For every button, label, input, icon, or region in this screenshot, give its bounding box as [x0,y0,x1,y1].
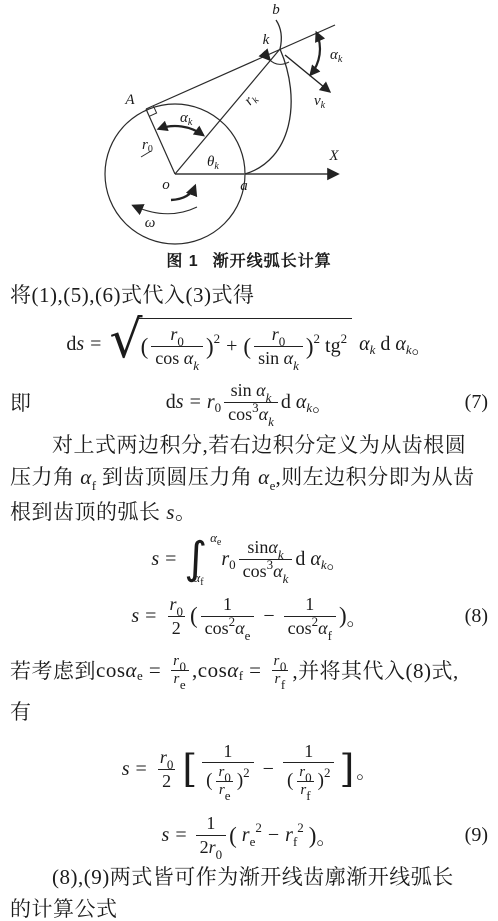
equation-bracket: s= r0 2 [ 1 (r0re)2 − 1 (r0rf)2 ] 。 [54,740,444,800]
fn-sin: sin [247,537,268,557]
equation-integral-row: s= ∫ αe αf r0 sinαk cos3αk dαk 。 [10,532,488,586]
var-r: r [173,653,179,669]
equation-number-7: (7) [444,391,488,414]
op-equals: = [165,548,176,571]
op-d: d [281,391,291,414]
var-r: r [207,391,215,414]
fn-cos: cos [96,658,126,683]
sub-0: 0 [167,757,174,772]
sub-0: 0 [176,604,183,619]
sub-k: k [283,571,289,586]
label-X: X [328,148,339,164]
fraction: sin αk cos3αk [224,379,278,425]
op-equals: = [249,658,261,683]
radicand: ( r0 cos αk )2 + ( r0 sin αk )2 tg2 [138,318,353,369]
sub-e: e [180,677,186,692]
op-minus: − [263,605,274,628]
fn-sin: sin [258,348,279,368]
fraction: r0 2 [165,593,187,639]
var-alpha: α [296,391,307,414]
var-alpha: α [258,465,270,489]
fn-tg: tg [325,335,341,358]
var-alpha: α [310,548,321,571]
paren: ( [243,334,251,360]
sub-0: 0 [229,557,236,573]
bracket: ] [339,750,354,788]
sub-e: e [137,668,143,684]
equation-7-row: 即 ds= r0 sin αk cos3αk dαk 。 (7) [10,379,488,425]
sub-f: f [281,677,285,692]
sub-k: k [406,342,412,358]
angle-mark-at-k [269,59,289,64]
fraction: 1 (r0re)2 [202,740,254,800]
sup-2: 2 [243,765,250,780]
period: 。 [412,330,432,359]
fn-cos: cos [228,404,252,424]
equation-bracket-row: s= r0 2 [ 1 (r0re)2 − 1 (r0rf)2 ] 。 [10,730,488,808]
sup-2: 2 [314,331,321,347]
radius-oA [146,109,175,174]
paragraph-4-line-1: (8),(9)两式皆可作为渐开线齿廓渐开线弧长 [10,861,488,893]
var-r: r [221,548,229,571]
involute-curve [245,49,291,174]
fn-cos: cos [243,561,267,581]
figure-caption: 图 1渐开线弧长计算 [10,248,488,271]
paragraph-2-line-1: 对上式两边积分,若右边积分定义为从齿根圆 [10,429,488,461]
fraction: r0 sin αk [254,323,303,369]
sub-f: f [306,788,310,803]
num-1: 1 [304,741,313,761]
involute-diagram: b k A X o a ω rk αk vk αk θk r0 [0,0,498,246]
sub-e: e [270,478,276,493]
num-2: 2 [172,618,181,638]
figure-title: 渐开线弧长计算 [213,253,332,270]
sub-e: e [250,834,256,850]
var-s: s [166,500,175,524]
op-minus: − [268,824,279,847]
lead-word-ji: 即 [10,387,54,417]
var-alpha: α [256,380,265,400]
sub-k: k [268,414,274,429]
sub-0: 0 [216,847,223,862]
fraction: r0 2 [156,746,178,792]
sub-f: f [239,668,243,684]
op-plus: + [226,335,237,358]
num-2: 2 [162,771,171,791]
label-A: A [124,92,135,108]
paren: ) [206,334,214,360]
op-minus: − [263,758,274,781]
fraction: 1 cos2αe [201,593,255,639]
sub-0: 0 [224,770,231,785]
fn-cos: cos [155,348,179,368]
op-d: d [66,333,76,356]
label-r-k: rk [241,90,262,110]
fn-cos: cos [288,618,312,638]
equation-number-8: (8) [444,605,488,628]
var-alpha: α [359,333,370,356]
sub-f: f [92,478,96,493]
var-alpha: α [80,465,92,489]
sub-0: 0 [280,659,287,674]
label-theta-k: θk [207,154,219,172]
fraction: 1 2r0 [196,812,227,858]
op-equals: = [175,824,186,847]
op-equals: = [145,605,156,628]
fraction: r0re [215,764,233,798]
period: 。 [316,821,336,850]
var-r: r [242,824,250,847]
sub-e: e [225,788,231,803]
var-s: s [131,605,139,628]
sub-f: f [328,628,332,643]
op-equals: = [90,333,101,356]
sup-2: 2 [214,331,221,347]
num-2: 2 [200,837,209,857]
var-s: s [76,333,84,356]
lower-limit: αf [193,570,203,586]
label-v-k: vk [314,93,326,111]
fraction: sinαk cos3αk [239,536,293,582]
sub-0: 0 [215,400,222,416]
var-s: s [122,758,130,781]
num-1: 1 [305,594,314,614]
paren: ) [339,603,347,629]
label-b: b [272,2,280,18]
period: 。 [347,602,367,631]
var-s: s [151,548,159,571]
fraction: 1 (r0rf)2 [283,740,335,800]
paragraph-2-line-2: 压力角 αf 到齿顶圆压力角 αe,则左边积分即为从齿 [10,461,488,496]
radius-ok [175,49,280,174]
label-o: o [162,177,170,193]
sub-k: k [278,547,284,562]
var-alpha: α [273,561,282,581]
paren: ( [287,770,293,791]
op-equals: = [190,391,201,414]
op-equals: = [136,758,147,781]
var-alpha: α [126,658,138,683]
sub-k: k [293,358,299,373]
op-d: d [295,548,305,571]
fraction: r0 rf [270,653,289,687]
sub-e: e [245,628,251,643]
theta-k-arrow [171,186,195,200]
sub-0: 0 [180,659,187,674]
paragraph-1: 将(1),(5),(6)式代入(3)式得 [10,279,488,311]
var-alpha: α [184,348,193,368]
paren: ( [229,823,237,849]
sup-2: 2 [229,614,236,629]
paren: ( [206,770,212,791]
op-d: d [166,391,176,414]
fn-cos: cos [205,618,229,638]
alpha-k-top-arc [311,33,320,75]
sup-2: 2 [312,614,319,629]
label-omega: ω [145,215,156,231]
period: 。 [327,545,347,574]
label-alpha-k-top: αk [330,47,343,65]
paren: ) [309,823,317,849]
sub-f: f [293,834,297,850]
sub-0: 0 [305,770,312,785]
var-r: r [273,653,279,669]
equation-8: s= r0 2 ( 1 cos2αe − 1 cos2αf ) 。 [54,593,444,639]
paren: ) [318,770,324,791]
sup-3: 3 [252,400,259,415]
sup-3: 3 [267,557,274,572]
equation-number-9: (9) [444,824,488,847]
velocity-vector [285,55,330,92]
period: 。 [356,755,376,784]
sub-0: 0 [177,334,184,349]
label-alpha-k-center: αk [180,110,193,128]
var-r: r [160,747,167,767]
period: 。 [312,388,332,417]
upper-limit: αe [210,530,221,546]
bracket: [ [182,750,197,788]
fraction: r0 cos αk [151,323,203,369]
paragraph-3: 若考虑到 cosαe = r0 re , cosαf = r0 rf ,并将其代… [10,644,488,696]
var-alpha: α [318,618,327,638]
var-r: r [174,671,180,687]
sub-k: k [321,557,327,573]
sub-k: k [193,358,199,373]
figure-1: b k A X o a ω rk αk vk αk θk r0 [0,0,498,246]
radical: √ ( r0 cos αk )2 + ( r0 sin αk )2 tg2 [109,318,352,369]
fraction: r0 re [170,653,189,687]
var-r: r [272,324,279,344]
equation-7: ds= r0 sin αk cos3αk dαk 。 [54,379,444,425]
paragraph-2-line-3: 根到齿顶的弧长 s。 [10,496,488,528]
var-r: r [209,837,216,857]
involute-continuation [276,20,281,49]
var-alpha: α [284,348,293,368]
paper-page: b k A X o a ω rk αk vk αk θk r0 图 1渐开线弧长… [0,0,498,921]
paragraph-4-line-2: 的计算公式 [10,893,488,921]
period: 。 [175,500,197,524]
var-s: s [176,391,184,414]
var-alpha: α [227,658,239,683]
var-alpha: α [259,404,268,424]
equation-9: s= 1 2r0 ( re2 − rf2 ) 。 [54,812,444,858]
equation-9-row: s= 1 2r0 ( re2 − rf2 ) 。 (9) [10,812,488,858]
integral: ∫ αe αf [184,537,207,581]
alpha-k-center-arc [159,126,204,135]
fraction: 1 cos2αf [284,593,336,639]
fraction: r0rf [296,764,314,798]
fn-sin: sin [231,380,252,400]
paren: ) [306,334,314,360]
sub-0: 0 [279,334,286,349]
omega-arrow [134,206,197,214]
sup-2: 2 [255,820,262,836]
sup-2: 2 [341,331,348,347]
sup-2: 2 [297,820,304,836]
var-alpha: α [235,618,244,638]
sub-k: k [370,342,376,358]
equation-integral: s= ∫ αe αf r0 sinαk cos3αk dαk 。 [54,536,444,582]
num-1: 1 [223,594,232,614]
label-k: k [263,32,270,48]
op-equals: = [149,658,161,683]
sub-k: k [306,400,312,416]
label-r-0: r0 [142,137,153,155]
sup-2: 2 [324,765,331,780]
num-1: 1 [206,813,215,833]
figure-number: 图 1 [166,253,198,270]
paragraph-3-line-2: 有 [10,696,488,728]
label-a: a [240,178,248,194]
var-r: r [285,824,293,847]
paren: ( [141,334,149,360]
equation-8-row: s= r0 2 ( 1 cos2αe − 1 cos2αf ) 。 (8) [10,590,488,642]
op-d: d [380,333,390,356]
var-alpha: α [395,333,406,356]
fn-cos: cos [198,658,228,683]
sub-k: k [266,390,272,405]
paren: ( [190,603,198,629]
num-1: 1 [223,741,232,761]
equation-ds-radical: ds= √ ( r0 cos αk )2 + ( r0 sin αk [10,315,488,373]
var-alpha: α [268,537,277,557]
var-s: s [162,824,170,847]
